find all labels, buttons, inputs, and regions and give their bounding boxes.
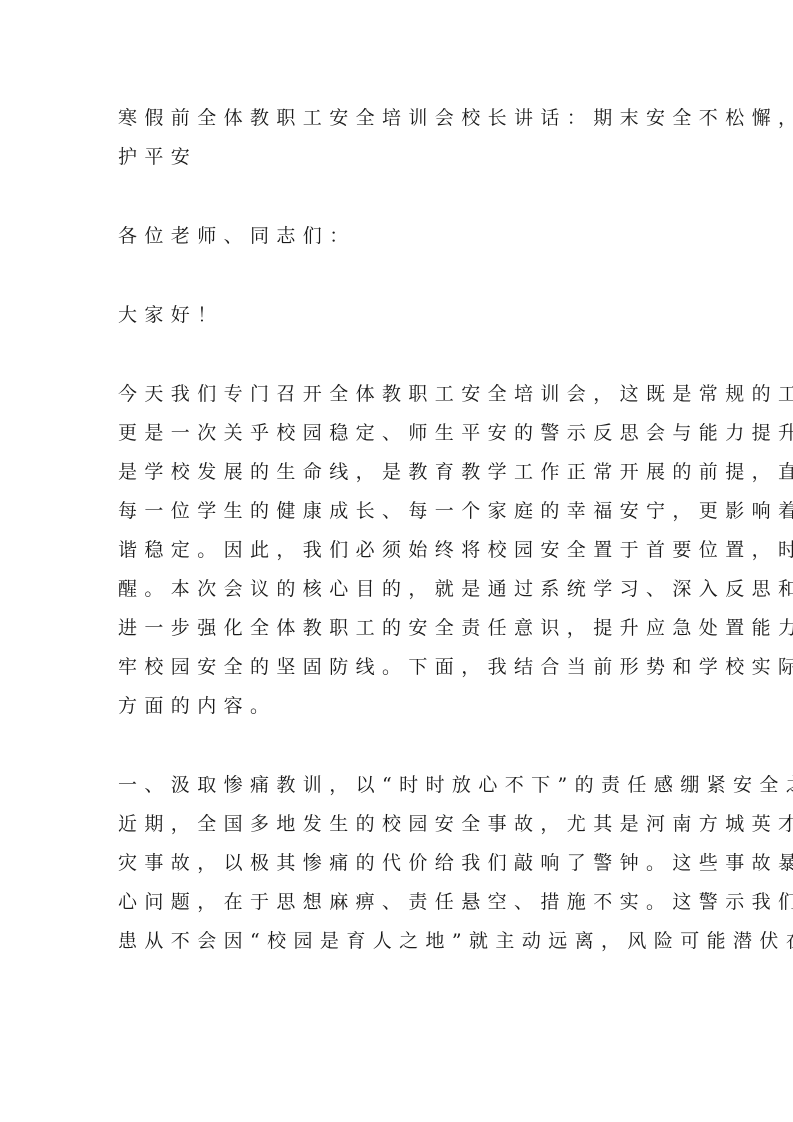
salutation: 各位老师、同志们： xyxy=(118,217,680,256)
paragraph-gap xyxy=(118,177,680,217)
body-line: 方面的内容。 xyxy=(118,687,680,726)
paragraph-gap xyxy=(118,256,680,296)
title-line: 寒假前全体教职工安全培训会校长讲话：期末安全不松懈，筑牢防线 xyxy=(118,99,680,138)
title-line: 护平安 xyxy=(118,138,680,177)
body-line: 每一位学生的健康成长、每一个家庭的幸福安宁，更影响着社会的和 xyxy=(118,492,680,531)
body-line: 近期，全国多地发生的校园安全事故，尤其是河南方城英才学校的火 xyxy=(118,805,680,844)
body-line: 更是一次关乎校园稳定、师生平安的警示反思会与能力提升会。安全 xyxy=(118,414,680,453)
greeting-line: 大家好！ xyxy=(118,296,680,335)
body-line: 是学校发展的生命线，是教育教学工作正常开展的前提，直接关系到 xyxy=(118,453,680,492)
paragraph-gap xyxy=(118,726,680,766)
document-page: 寒假前全体教职工安全培训会校长讲话：期末安全不松懈，筑牢防线 护平安 各位老师、… xyxy=(118,99,680,961)
section-1: 一、汲取惨痛教训，以“时时放心不下”的责任感绷紧安全之弦 近期，全国多地发生的校… xyxy=(118,766,680,961)
salutation-line: 各位老师、同志们： xyxy=(118,217,680,256)
body-line: 牢校园安全的坚固防线。下面，我结合当前形势和学校实际，讲四个 xyxy=(118,648,680,687)
body-line: 灾事故，以极其惨痛的代价给我们敲响了警钟。这些事故暴露出的核 xyxy=(118,844,680,883)
document-title: 寒假前全体教职工安全培训会校长讲话：期末安全不松懈，筑牢防线 护平安 xyxy=(118,99,680,177)
intro-paragraph: 今天我们专门召开全体教职工安全培训会，这既是常规的工作部署会， 更是一次关乎校园… xyxy=(118,375,680,726)
body-line: 进一步强化全体教职工的安全责任意识，提升应急处置能力，共同筑 xyxy=(118,609,680,648)
body-line: 患从不会因“校园是育人之地”就主动远离，风险可能潜伏在每一个 xyxy=(118,922,680,961)
body-line: 醒。本次会议的核心目的，就是通过系统学习、深入反思和明确要求， xyxy=(118,570,680,609)
section-heading: 一、汲取惨痛教训，以“时时放心不下”的责任感绷紧安全之弦 xyxy=(118,766,680,805)
body-line: 心问题，在于思想麻痹、责任悬空、措施不实。这警示我们，安全隐 xyxy=(118,883,680,922)
greeting: 大家好！ xyxy=(118,296,680,335)
paragraph-gap xyxy=(118,335,680,375)
body-line: 谐稳定。因此，我们必须始终将校园安全置于首要位置，时刻保持警 xyxy=(118,531,680,570)
body-line: 今天我们专门召开全体教职工安全培训会，这既是常规的工作部署会， xyxy=(118,375,680,414)
